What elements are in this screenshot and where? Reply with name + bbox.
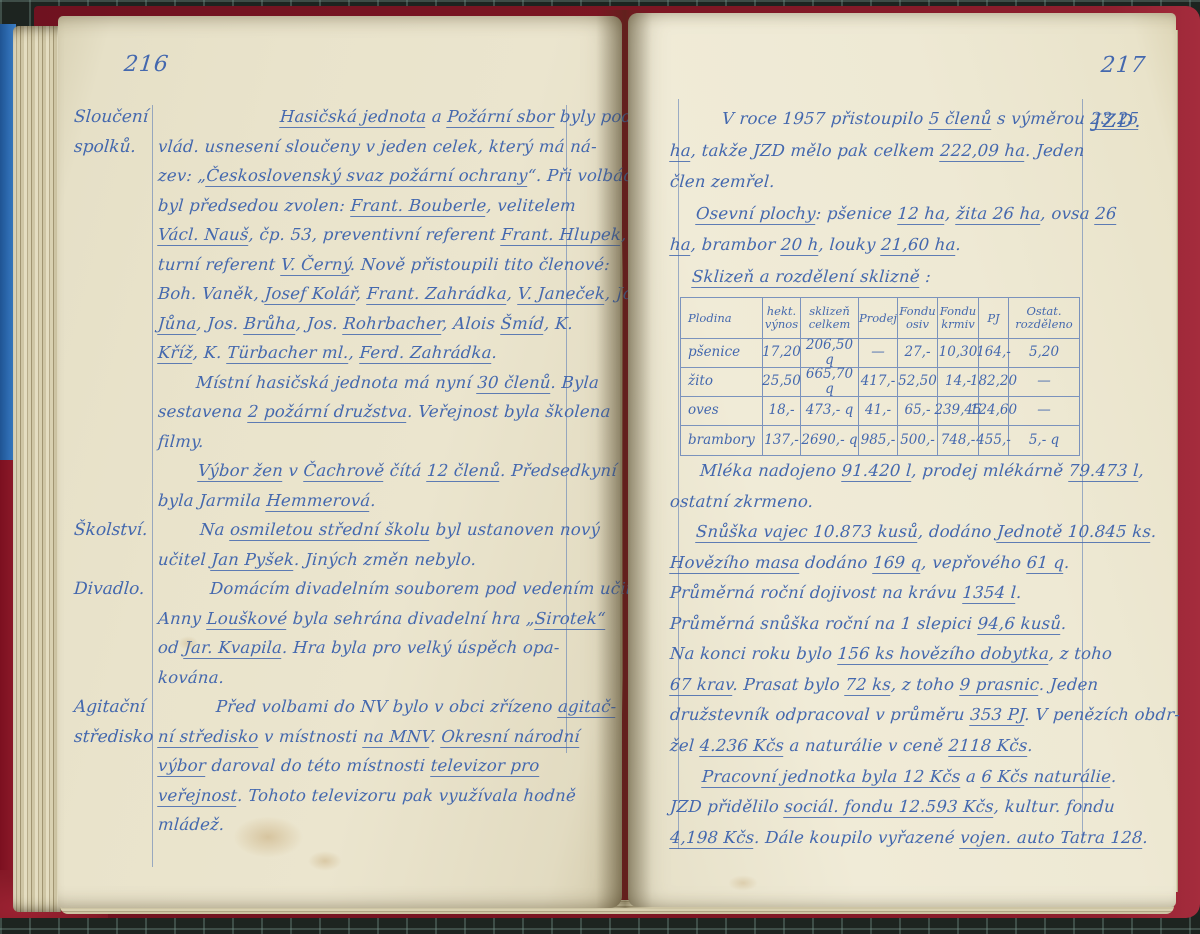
underlined-text: televizor pro xyxy=(430,756,540,777)
left-page: 216 Sloučeníspolků.Školství.Divadlo.Agit… xyxy=(58,16,622,908)
text: žel xyxy=(669,736,700,755)
handwritten-line: učitel Jan Pyšek. Jiných změn nebylo. xyxy=(157,550,477,569)
text: . Prasat bylo xyxy=(732,675,846,694)
text: Domácím divadelním souborem pod vedením … xyxy=(209,579,638,598)
margin-label: Divadlo. xyxy=(73,579,145,599)
handwritten-line: Na konci roku bylo 156 ks hovězího dobyt… xyxy=(669,644,1113,663)
text: “. Při volbách xyxy=(527,166,644,185)
text: . xyxy=(491,343,498,362)
handwritten-line: Hovězího masa dodáno 169 q, vepřového 61… xyxy=(669,553,1070,572)
margin-label: Agitační xyxy=(73,697,146,717)
handwritten-line: od Jar. Kvapila. Hra byla pro velký úspě… xyxy=(157,638,560,657)
underlined-text: Sirotek“ xyxy=(534,609,606,630)
handwritten-line: žel 4.236 Kčs a naturálie v ceně 2118 Kč… xyxy=(669,736,1033,755)
text: byl předsedou zvolen: xyxy=(157,196,351,215)
underlined-text: agitač- xyxy=(557,697,617,718)
underlined-text: Brůha xyxy=(243,314,297,335)
handwritten-line: výbor daroval do této místnosti televizo… xyxy=(157,756,540,775)
text: Před volbami do NV bylo v obci zřízeno xyxy=(215,697,558,716)
text: . Hra byla pro velký úspěch opa- xyxy=(282,638,561,657)
text: byla Jarmila xyxy=(157,491,267,510)
handwritten-line: 67 krav. Prasat bylo 72 ks, z toho 9 pra… xyxy=(669,675,1099,694)
handwritten-line: ostatní zkrmeno. xyxy=(669,492,814,511)
underlined-text: V. Černý xyxy=(280,255,351,276)
text: Na konci roku bylo xyxy=(669,644,838,663)
underlined-text: Jůna xyxy=(157,314,197,335)
handwritten-line: Pracovní jednotka byla 12 Kčs a 6 Kčs na… xyxy=(669,767,1117,786)
text: . xyxy=(1027,736,1034,755)
text: , kultur. fondu xyxy=(993,797,1115,816)
underlined-text: ní středisko xyxy=(157,727,259,748)
handwritten-line: Kříž, K. Türbacher ml., Ferd. Zahrádka. xyxy=(157,343,498,362)
underlined-text: na MNV xyxy=(362,727,431,748)
text: a xyxy=(426,107,448,126)
underlined-text: Ferd. Zahrádka xyxy=(359,343,493,364)
underlined-text: Václ. Nauš xyxy=(157,225,249,246)
underlined-text: 79.473 l xyxy=(1068,461,1139,482)
text: . Předsedkyní xyxy=(500,461,618,480)
underlined-text: Výbor žen xyxy=(197,461,284,482)
handwritten-line: Hasičská jednota a Požární sbor byly pod… xyxy=(157,107,648,126)
handwritten-line: Boh. Vaněk, Josef Kolář, Frant. Zahrádka… xyxy=(157,284,647,303)
handwritten-line: Průměrná snůška roční na 1 slepici 94,6 … xyxy=(669,614,1067,633)
text: , xyxy=(1138,461,1145,480)
text: Průměrná roční dojivost na krávu xyxy=(669,583,963,602)
text: , z toho xyxy=(1048,644,1112,663)
text: . Dále koupilo vyřazené xyxy=(754,828,961,847)
handwritten-line: Václ. Nauš, čp. 53, preventivní referent… xyxy=(157,225,665,244)
text: . xyxy=(1061,614,1068,633)
underlined-text: Snůška vajec 10.873 kusů xyxy=(695,522,919,543)
text: od xyxy=(157,638,185,657)
text: Mléka nadojeno xyxy=(699,461,842,480)
text: . Jeden xyxy=(1038,675,1099,694)
underlined-text: Jan Pyšek xyxy=(211,550,295,571)
underlined-text: 94,6 kusů xyxy=(977,614,1062,635)
underlined-text: Požární sbor xyxy=(447,107,556,128)
underlined-text: Hovězího masa xyxy=(669,553,800,574)
underlined-text: V. Janeček xyxy=(517,284,606,305)
underlined-text: Čachrově xyxy=(303,461,385,482)
underlined-text: Frant. Hlupek xyxy=(500,225,622,246)
handwriting-block: Hasičská jednota a Požární sbor byly pod… xyxy=(158,16,578,908)
text: . xyxy=(1111,767,1118,786)
handwritten-line: veřejnost. Tohoto televizoru pak využíva… xyxy=(157,786,576,805)
underlined-text: 4,198 Kčs xyxy=(669,828,755,849)
text: . xyxy=(1150,522,1157,541)
underlined-text: 61 q xyxy=(1026,553,1065,574)
handwritten-line: kována. xyxy=(157,668,225,687)
handwritten-line: Anny Louškové byla sehrána divadelní hra… xyxy=(157,609,606,628)
text: a xyxy=(960,767,982,786)
text: zev: „ xyxy=(157,166,207,185)
handwritten-line: Mléka nadojeno 91.420 l, prodej mlékárně… xyxy=(669,461,1144,480)
text: , dodáno xyxy=(917,522,997,541)
text: . xyxy=(1142,828,1149,847)
text: v xyxy=(282,461,304,480)
text: sestavena xyxy=(157,402,248,421)
text: . xyxy=(370,491,377,510)
handwritten-line: JZD přidělilo sociál. fondu 12.593 Kčs, … xyxy=(669,797,1115,816)
underlined-text: 26 xyxy=(1094,204,1117,225)
underlined-text: Pracovní jednotka byla 12 Kčs xyxy=(701,767,961,788)
text: čítá xyxy=(384,461,428,480)
text: . Nově přistoupili tito členové: xyxy=(349,255,610,274)
underlined-text: 6 Kčs naturálie xyxy=(981,767,1112,788)
text: vlád. usnesení sloučeny v jeden celek, k… xyxy=(157,137,597,156)
binding-stitch xyxy=(620,235,623,715)
margin-label: Sloučení xyxy=(73,107,149,127)
text: . Jiných změn nebylo. xyxy=(294,550,477,569)
handwritten-line: byla Jarmila Hemmerová. xyxy=(157,491,376,510)
page-number: 217 xyxy=(1100,53,1148,78)
text: . V penězích obdr- xyxy=(1024,705,1181,724)
underlined-text: Hasičská jednota xyxy=(279,107,427,128)
text: družstevník odpracoval v průměru xyxy=(669,705,970,724)
underlined-text: Jednotě 10.845 ks xyxy=(996,522,1151,543)
underlined-text: Šmíd xyxy=(500,314,545,335)
underlined-text: Frant. Bouberle xyxy=(350,196,487,217)
text: byl ustanoven nový xyxy=(430,520,601,539)
handwritten-line: družstevník odpracoval v průměru 353 PJ.… xyxy=(669,705,1180,724)
text: v místnosti xyxy=(258,727,364,746)
underlined-text: Louškové xyxy=(206,609,288,630)
underlined-text: 72 ks xyxy=(845,675,892,696)
text: . Veřejnost byla školena xyxy=(407,402,612,421)
margin-rule-left xyxy=(152,105,153,867)
underlined-text: Türbacher ml. xyxy=(226,343,349,364)
underlined-text: 9 prasnic xyxy=(959,675,1040,696)
underlined-text: 23,25 xyxy=(1090,109,1140,130)
handwritten-line: Před volbami do NV bylo v obci zřízeno a… xyxy=(157,697,617,716)
text: kována. xyxy=(157,668,225,687)
handwritten-line: Jůna, Jos. Brůha, Jos. Rohrbacher, Alois… xyxy=(157,314,573,333)
text: dodáno xyxy=(799,553,874,572)
handwritten-line: 4,198 Kčs. Dále koupilo vyřazené vojen. … xyxy=(669,828,1148,847)
text: mládež. xyxy=(157,815,225,834)
text: , čp. 53, preventivní referent xyxy=(248,225,502,244)
handwritten-line: vlád. usnesení sloučeny v jeden celek, k… xyxy=(157,137,597,156)
text: . xyxy=(1064,553,1071,572)
underlined-text: vojen. auto Tatra 128 xyxy=(959,828,1143,849)
margin-label: Školství. xyxy=(73,520,148,540)
underlined-text: 67 krav xyxy=(669,675,733,696)
underlined-text: Rohrbacher xyxy=(343,314,443,335)
text: Na xyxy=(199,520,230,539)
text: učitel xyxy=(157,550,212,569)
handwritten-line: filmy. xyxy=(157,432,204,451)
handwritten-line: Domácím divadelním souborem pod vedením … xyxy=(157,579,638,598)
handwritten-line: mládež. xyxy=(157,815,225,834)
handwriting-block-bottom: Mléka nadojeno 91.420 l, prodej mlékárně… xyxy=(670,13,1082,907)
text: , K. xyxy=(192,343,228,362)
handwritten-line: byl předsedou zvolen: Frant. Bouberle, v… xyxy=(157,196,576,215)
text: , Jos. xyxy=(196,314,245,333)
text: , vepřového xyxy=(921,553,1028,572)
underlined-text: 1354 l xyxy=(962,583,1017,604)
underlined-text: 12 členů xyxy=(426,461,501,482)
text: , z toho xyxy=(890,675,960,694)
handwritten-line: zev: „Československý svaz požární ochran… xyxy=(157,166,644,185)
underlined-text: sociál. fondu 12.593 Kčs xyxy=(784,797,995,818)
underlined-text: 2118 Kčs xyxy=(948,736,1028,757)
handwritten-line: ní středisko v místnosti na MNV. Okresní… xyxy=(157,727,580,746)
chronicle-book-photo: 216 Sloučeníspolků.Školství.Divadlo.Agit… xyxy=(0,0,1200,934)
underlined-text: Hemmerová xyxy=(266,491,371,512)
text: Průměrná snůška roční na 1 slepici xyxy=(669,614,978,633)
margin-label: středisko xyxy=(73,727,154,747)
text: , velitelem xyxy=(486,196,577,215)
text: byla sehrána divadelní hra „ xyxy=(287,609,536,628)
handwritten-line: Průměrná roční dojivost na krávu 1354 l. xyxy=(669,583,1022,602)
text: JZD přidělilo xyxy=(669,797,785,816)
text: , Jos. xyxy=(295,314,344,333)
text: a naturálie v ceně xyxy=(783,736,949,755)
underlined-text: výbor xyxy=(157,756,206,777)
text: ostatní zkrmeno. xyxy=(669,492,814,511)
handwritten-line: Na osmiletou střední školu byl ustanoven… xyxy=(157,520,600,539)
underlined-text: osmiletou střední školu xyxy=(229,520,431,541)
underlined-text: Okresní národní xyxy=(441,727,581,748)
underlined-text: Josef Kolář xyxy=(264,284,357,305)
page-stack-edges xyxy=(13,26,61,912)
text: turní referent xyxy=(157,255,281,274)
text: Boh. Vaněk, xyxy=(157,284,265,303)
right-page: 217 JZD. V roce 1957 přistoupilo 5 členů… xyxy=(628,13,1176,907)
text: , K. xyxy=(544,314,574,333)
underlined-text: 353 PJ xyxy=(969,705,1025,726)
text: . Byla xyxy=(550,373,600,392)
text: . xyxy=(1016,583,1023,602)
underlined-text: 169 q xyxy=(872,553,922,574)
text: , Alois xyxy=(442,314,502,333)
margin-label: spolků. xyxy=(73,137,136,157)
text: Anny xyxy=(157,609,207,628)
underlined-text: veřejnost xyxy=(157,786,238,807)
handwritten-line: Místní hasičská jednota má nyní 30 členů… xyxy=(157,373,599,392)
handwritten-line: Výbor žen v Čachrově čítá 12 členů. Před… xyxy=(157,461,617,480)
underlined-text: 156 ks hovězího dobytka xyxy=(837,644,1050,665)
handwritten-line: turní referent V. Černý. Nově přistoupil… xyxy=(157,255,610,274)
text: daroval do této místnosti xyxy=(205,756,431,775)
text: , prodej mlékárně xyxy=(911,461,1070,480)
text: . Tohoto televizoru pak využívala hodně xyxy=(237,786,577,805)
underlined-text: 4.236 Kčs xyxy=(699,736,785,757)
underlined-text: Jar. Kvapila xyxy=(184,638,283,659)
underlined-text: 91.420 l xyxy=(841,461,912,482)
text: filmy. xyxy=(157,432,204,451)
underlined-text: 30 členů xyxy=(477,373,552,394)
underlined-text: Kříž xyxy=(157,343,193,364)
text: Místní hasičská jednota má nyní xyxy=(195,373,478,392)
underlined-text: Československý svaz požární ochrany xyxy=(206,166,529,187)
handwritten-line: sestavena 2 požární družstva. Veřejnost … xyxy=(157,402,611,421)
underlined-text: 2 požární družstva xyxy=(247,402,408,423)
underlined-text: Frant. Zahrádka xyxy=(366,284,507,305)
handwritten-line: Snůška vajec 10.873 kusů, dodáno Jednotě… xyxy=(669,522,1157,541)
